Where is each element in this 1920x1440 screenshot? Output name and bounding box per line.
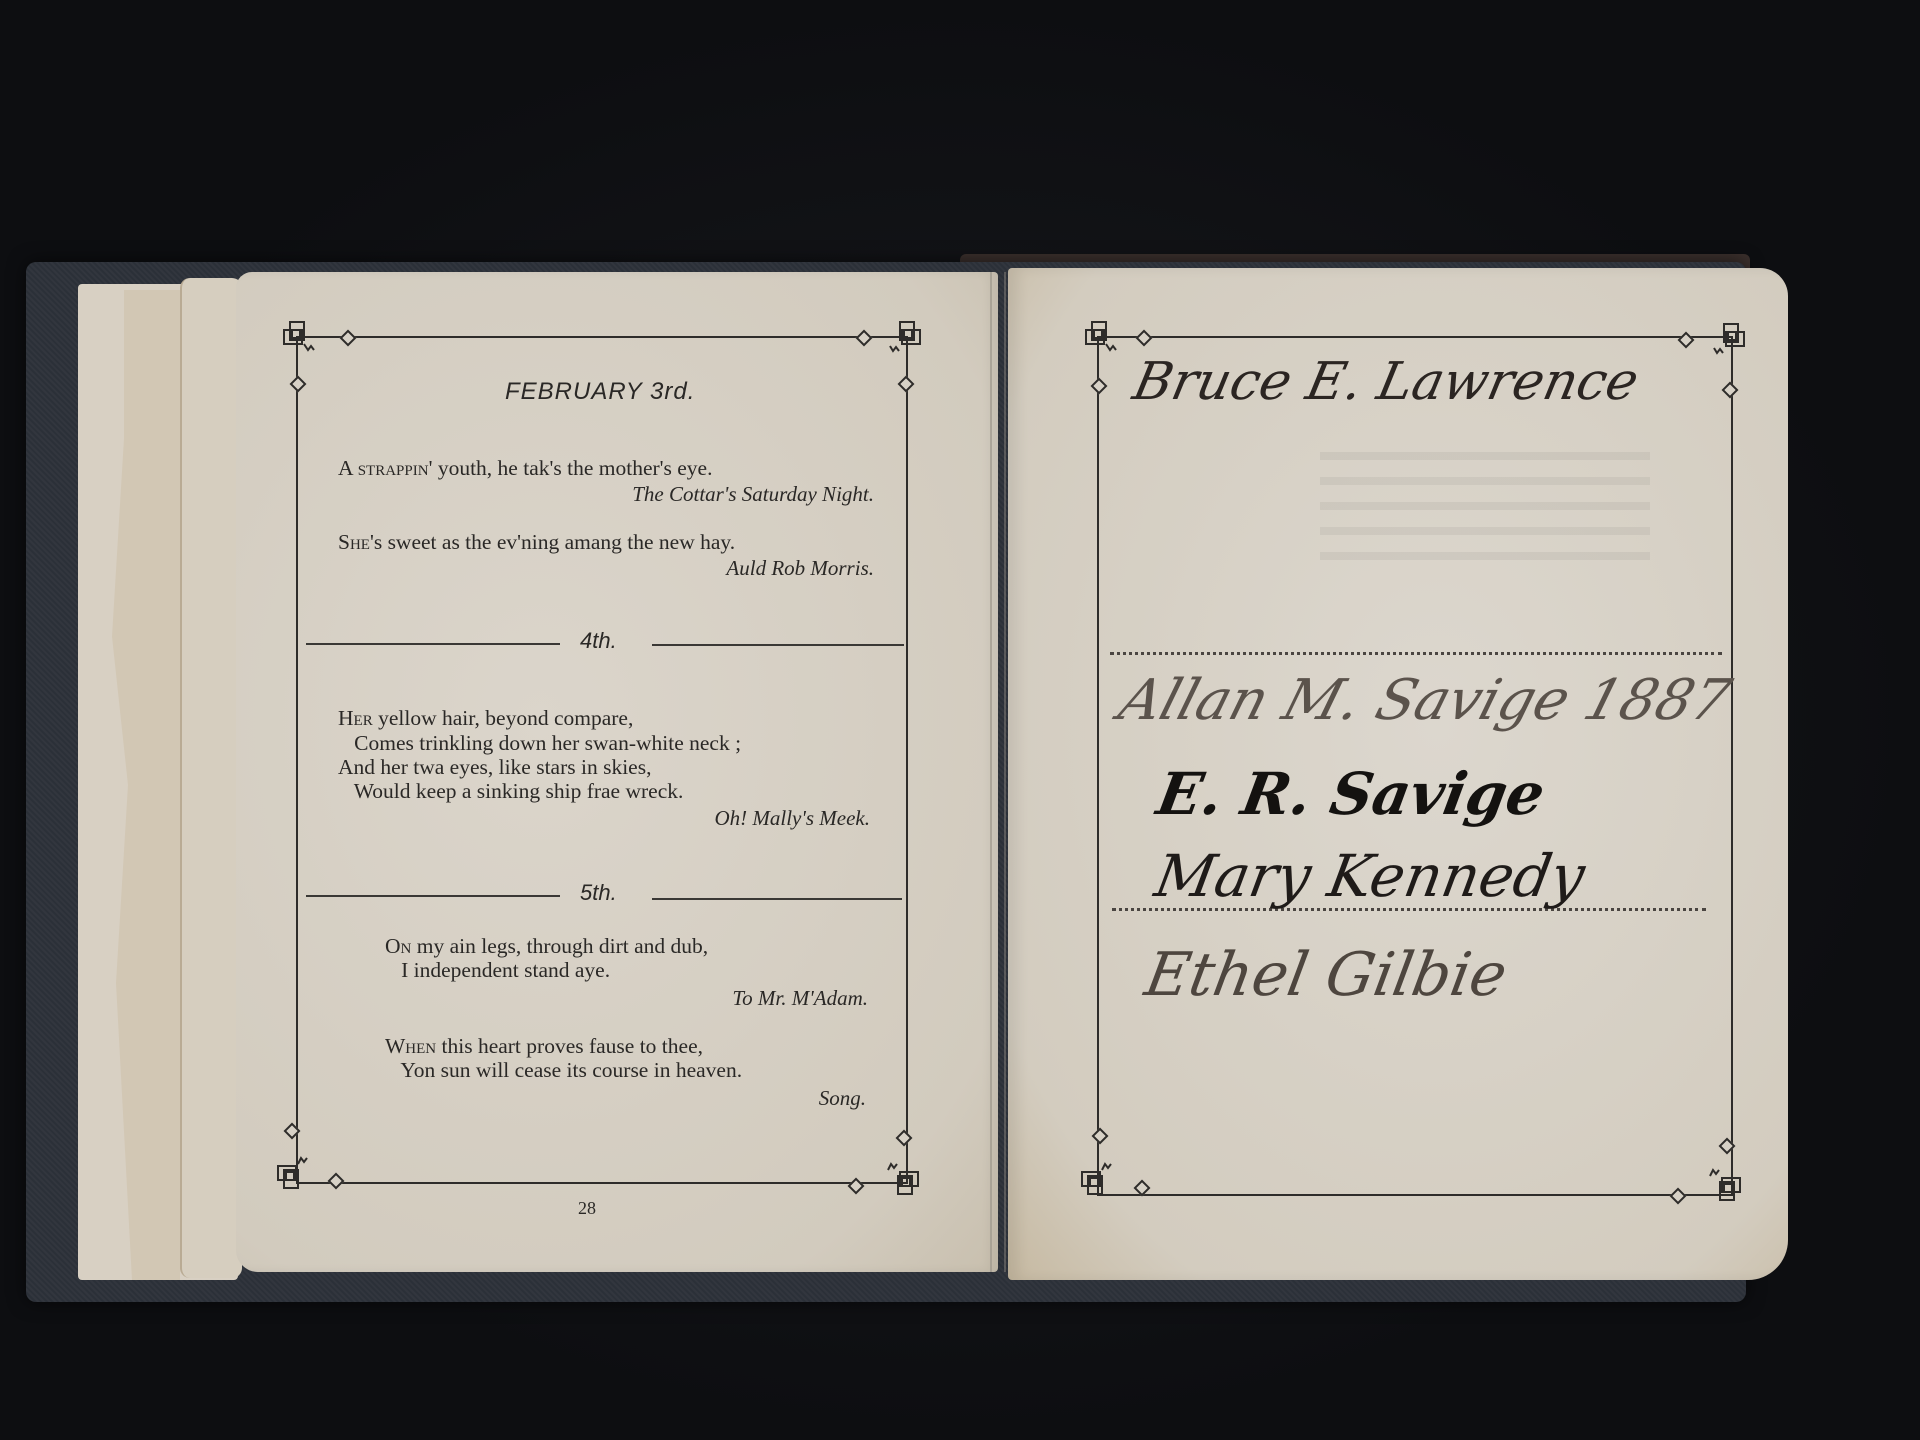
section-rule [306,895,560,897]
section-rule [652,644,904,646]
corner-ornament-icon [1708,1168,1742,1202]
signature-mary-kennedy: Mary Kennedy [1150,842,1590,910]
quote-line: youth, he tak's the mother's eye. [432,456,712,480]
quote-line: I independent stand aye. [385,958,610,983]
date-subheading: 4th. [580,628,617,654]
quote-source: Oh! Mally's Meek. [714,806,870,831]
quote-text: On my ain legs, through dirt and dub, [385,934,708,959]
corner-ornament-icon [1080,1162,1114,1196]
quote-line: this heart proves fause to thee, [436,1034,703,1058]
signature-er-savige: E. R. Savige [1152,760,1550,828]
corner-ornament-icon [282,320,316,354]
date-subheading: 5th. [580,880,617,906]
dotted-divider [1110,652,1722,655]
quote-lead: On [385,934,411,958]
corner-ornament-icon [888,320,922,354]
quote-text: She's sweet as the ev'ning amang the new… [338,530,735,555]
quote-source: To Mr. M'Adam. [732,986,868,1011]
quote-text: When this heart proves fause to thee, [385,1034,703,1059]
quote-lead: She [338,530,370,554]
quote-source: Auld Rob Morris. [726,556,874,581]
quote-line: yellow hair, beyond compare, [373,706,634,730]
gutter-fold [990,272,992,1272]
quote-lead: Her [338,706,373,730]
quote-line: Would keep a sinking ship frae wreck. [338,779,683,804]
quote-lead: A strappin' [338,456,432,480]
quote-line: my ain legs, through dirt and dub, [411,934,708,958]
page-stack-edge-inner [180,278,242,1278]
quote-source: The Cottar's Saturday Night. [632,482,874,507]
page-heading: FEBRUARY 3rd. [505,378,695,406]
quote-line: 's sweet as the ev'ning amang the new ha… [370,530,735,554]
corner-ornament-icon [1084,320,1118,354]
page-number: 28 [578,1198,596,1219]
signature-allan-savige: Allan M. Savige 1887 [1112,668,1738,733]
quote-source: Song. [819,1086,866,1111]
corner-ornament-icon [1712,322,1746,356]
corner-ornament-icon [886,1162,920,1196]
signature-ethel-gilbie: Ethel Gilbie [1140,940,1512,1010]
quote-lead: When [385,1034,436,1058]
quote-line: And her twa eyes, like stars in skies, [338,755,651,780]
quote-text: A strappin' youth, he tak's the mother's… [338,456,712,481]
corner-ornament-icon [276,1156,310,1190]
quote-line: Comes trinkling down her swan-white neck… [338,731,741,756]
quote-line: Yon sun will cease its course in heaven. [385,1058,742,1083]
quote-text: Her yellow hair, beyond compare, [338,706,633,731]
gutter-fold-2 [1004,272,1006,1272]
signature-bruce-lawrence: Bruce E. Lawrence [1128,352,1644,412]
section-rule [652,898,902,900]
section-rule [306,643,560,645]
